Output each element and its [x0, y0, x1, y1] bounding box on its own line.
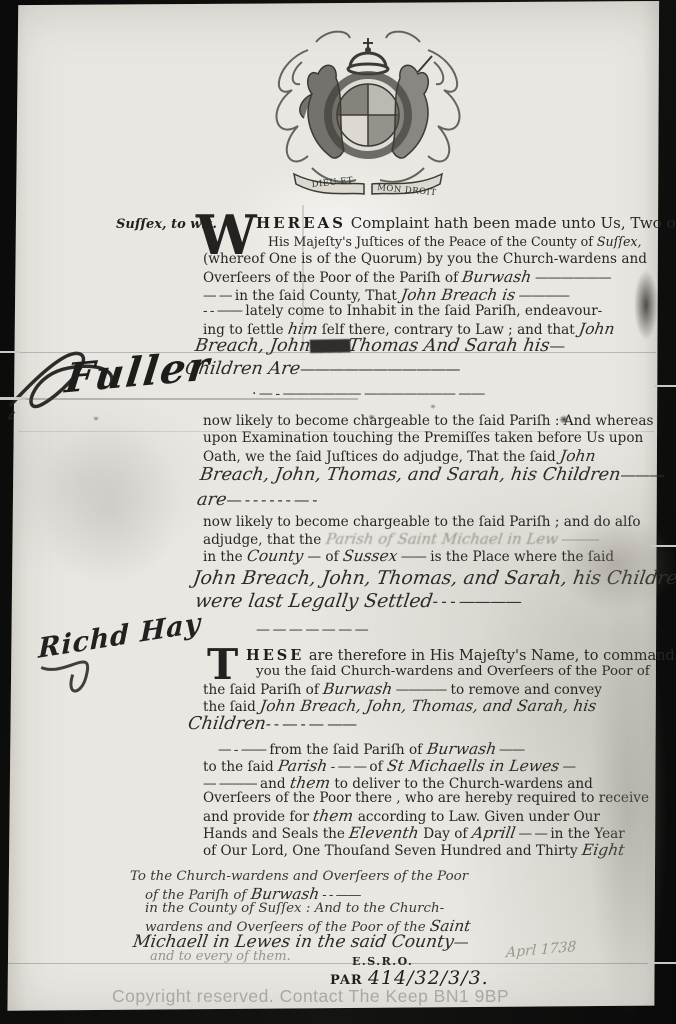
text-segment: - - — - — —— [266, 715, 356, 733]
text-line: - - —— lately come to Inhabit in the ſai… [203, 304, 602, 319]
text-segment: — — [515, 826, 550, 842]
text-segment: HESE [246, 647, 304, 664]
text-segment: John [578, 321, 616, 338]
text-segment: Parish of Saint Michael in Lew [324, 531, 558, 547]
text-line: HESE are therefore in His Majeſty's Name… [246, 648, 675, 665]
text-segment: ——————————— [300, 360, 460, 378]
text-segment: adjudge, that the [203, 532, 326, 548]
text-segment: are therefore in His Majeſty's Name, to … [304, 648, 674, 664]
text-segment: the ſaid Pariſh of [203, 682, 323, 698]
text-line: now likely to become chargeable to the ſ… [203, 414, 653, 429]
scan-background: DIEU ET MON DROIT W T Suſſex, to wit.HER… [0, 0, 676, 1024]
text-segment: in the [203, 549, 247, 565]
text-segment: Overſeers of the Poor of the Pariſh of [203, 270, 462, 286]
text-segment: —— [496, 742, 525, 758]
text-segment: now likely to become chargeable to the ſ… [203, 413, 653, 429]
text-line: — — — — — — — [256, 623, 368, 638]
text-segment: Suſſex, [597, 234, 642, 249]
text-segment: His Majeſty's Juſtices of the Peace of t… [268, 234, 597, 249]
text-segment: of Our Lord, One Thouſand Seven Hundred … [203, 843, 582, 859]
text-segment: - - —— [203, 303, 245, 319]
text-segment: Aprill [471, 825, 517, 842]
text-segment: in the ſaid County, That [235, 288, 401, 304]
text-line: — - —— from the ſaid Pariſh of Burwash —… [218, 741, 524, 758]
text-segment: St Michaells in Lewes [386, 758, 561, 775]
text-line: HEREAS Complaint hath been made unto Us,… [256, 215, 676, 232]
text-line: Suſſex, to wit. [116, 218, 217, 232]
text-line: of Our Lord, One Thouſand Seven Hundred … [203, 842, 624, 859]
text-segment: — - —— [218, 742, 269, 758]
text-segment: John [559, 448, 597, 465]
unicorn-horn [418, 56, 432, 72]
text-line: Hands and Seals the Eleventh Day of Apri… [203, 825, 625, 842]
text-segment: — — — — — — — [256, 622, 368, 638]
edge-scratch [650, 545, 676, 547]
text-segment: Overſeers of the Poor there , who are he… [203, 790, 649, 806]
text-segment: Day of [419, 826, 472, 842]
text-segment: — [454, 933, 468, 951]
text-segment: —————— [532, 270, 611, 286]
text-segment: · — - —————— ——————— —— [252, 386, 484, 402]
text-line: adjudge, that the Parish of Saint Michae… [203, 531, 599, 548]
text-segment: - — — [327, 759, 369, 775]
text-line: To the Church-wardens and Overſeers of t… [130, 870, 468, 885]
text-line: John Breach, John, Thomas, and Sarah, hi… [193, 569, 676, 590]
text-segment: — [549, 337, 564, 355]
text-line: and to every of them. [150, 950, 291, 964]
text-segment: — of [303, 549, 343, 565]
text-line: to the ſaid Parish - — — of St Michaells… [203, 758, 575, 775]
text-segment: were last Legally Settled [194, 592, 434, 613]
text-segment: Eleventh [348, 825, 420, 842]
text-segment: ———— [392, 682, 446, 698]
text-line: the ſaid John Breach, John, Thomas, and … [203, 698, 596, 715]
text-segment: - - - ———— [432, 592, 520, 611]
text-segment: John Breach, John, Thomas, and Sarah, hi… [259, 698, 598, 715]
text-segment: John Breach is [400, 287, 517, 304]
lion-supporter [300, 65, 344, 158]
copyright-watermark: Copyright reserved. Contact The Keep BN1… [112, 986, 509, 1007]
text-segment: in the County of Suſſex : And to the Chu… [145, 901, 444, 916]
text-line: Overſeers of the Poor there , who are he… [203, 791, 649, 806]
text-segment: Oath, we the ſaid Juſtices do adjudge, T… [203, 449, 560, 465]
text-line: His Majeſty's Juſtices of the Peace of t… [268, 235, 642, 249]
text-segment: is the Place where the ſaid [426, 549, 614, 565]
text-segment: John Breach, John, Thomas, and Sarah, hi… [192, 569, 676, 590]
text-segment: — - - - - - - — - [226, 491, 316, 509]
text-segment: ——— [558, 532, 599, 548]
text-segment: ████ [310, 340, 348, 353]
text-segment: — [559, 759, 575, 775]
text-segment: Children [187, 715, 267, 734]
unicorn-supporter [392, 65, 428, 158]
text-segment: from the ſaid Pariſh of [269, 742, 426, 758]
text-line: (whereof One is of the Quorum) by you th… [203, 252, 647, 267]
text-line: Overſeers of the Poor of the Pariſh of B… [203, 269, 611, 286]
text-segment: according to Law. Given under Our [354, 809, 600, 825]
text-segment: Suſſex, to wit. [116, 217, 217, 232]
text-segment: HEREAS [256, 214, 346, 232]
text-line: upon Examination touching the Premiſſes … [203, 431, 643, 446]
text-segment: and to every of them. [150, 949, 291, 964]
text-segment: ———— [515, 288, 569, 304]
text-segment: Breach, John, Thomas, and Sarah, his Chi… [199, 466, 622, 485]
text-segment: Parish [277, 758, 329, 775]
text-segment: Complaint hath been made unto Us, Two of [346, 214, 676, 232]
crown-icon [348, 38, 388, 74]
edge-scratch [648, 962, 676, 964]
royal-coat-of-arms: DIEU ET MON DROIT [246, 22, 490, 198]
text-segment: County [246, 548, 305, 565]
text-line: now likely to become chargeable to the ſ… [203, 515, 641, 530]
text-line: and provide for them according to Law. G… [203, 808, 600, 825]
text-line: were last Legally Settled - - - ———— [195, 592, 521, 613]
text-line: — — in the ſaid County, That John Breach… [203, 287, 569, 304]
text-segment: of [369, 759, 387, 775]
text-segment: now likely to become chargeable to the ſ… [203, 514, 641, 530]
text-segment: them [312, 808, 354, 825]
text-segment: Burwash [461, 269, 533, 286]
text-segment: Burwash [322, 681, 394, 698]
text-segment: —— [397, 549, 426, 565]
text-segment: lately come to Inhabit in the ſaid Pariſ… [245, 303, 602, 319]
text-segment: — — [203, 288, 235, 304]
edge-scratch [654, 385, 676, 387]
text-segment: to remove and convey [446, 682, 602, 698]
text-segment: Hands and Seals the [203, 826, 349, 842]
text-line: · — - —————— ——————— —— [252, 387, 484, 402]
text-line: you the ſaid Church-wardens and Overſeer… [256, 665, 650, 680]
text-line: Breach, John ████ Thomas And Sarah his — [195, 337, 564, 356]
text-line: Breach, John, Thomas, and Sarah, his Chi… [200, 466, 664, 485]
text-line: in the County of Suſſex : And to the Chu… [145, 902, 444, 917]
text-segment: Sussex [342, 548, 399, 565]
text-segment: Thomas And Sarah his [347, 337, 551, 356]
text-line: are — - - - - - - — - [197, 491, 317, 510]
text-segment: in the Year [550, 826, 624, 842]
text-segment: you the ſaid Church-wardens and Overſeer… [256, 664, 650, 679]
edge-scratch [0, 397, 26, 400]
text-segment: to the ſaid [203, 759, 278, 775]
text-segment: (whereof One is of the Quorum) by you th… [203, 251, 647, 267]
text-segment: upon Examination touching the Premiſſes … [203, 430, 643, 446]
text-segment: the ſaid [203, 699, 260, 715]
text-segment: ——— [620, 466, 664, 484]
text-line: Children - - — - — —— [188, 715, 356, 734]
edge-scratch [0, 351, 20, 353]
text-segment: Eight [581, 842, 626, 859]
text-line: in the County — of Sussex —— is the Plac… [203, 548, 614, 565]
text-segment: and provide for [203, 809, 313, 825]
text-segment: are [196, 491, 228, 510]
motto-ribbon: DIEU ET MON DROIT [294, 174, 442, 198]
text-line: the ſaid Pariſh of Burwash ———— to remov… [203, 681, 602, 698]
text-segment: To the Church-wardens and Overſeers of t… [130, 869, 468, 884]
text-segment: Burwash [425, 741, 497, 758]
text-line: Oath, we the ſaid Juſtices do adjudge, T… [203, 448, 596, 465]
